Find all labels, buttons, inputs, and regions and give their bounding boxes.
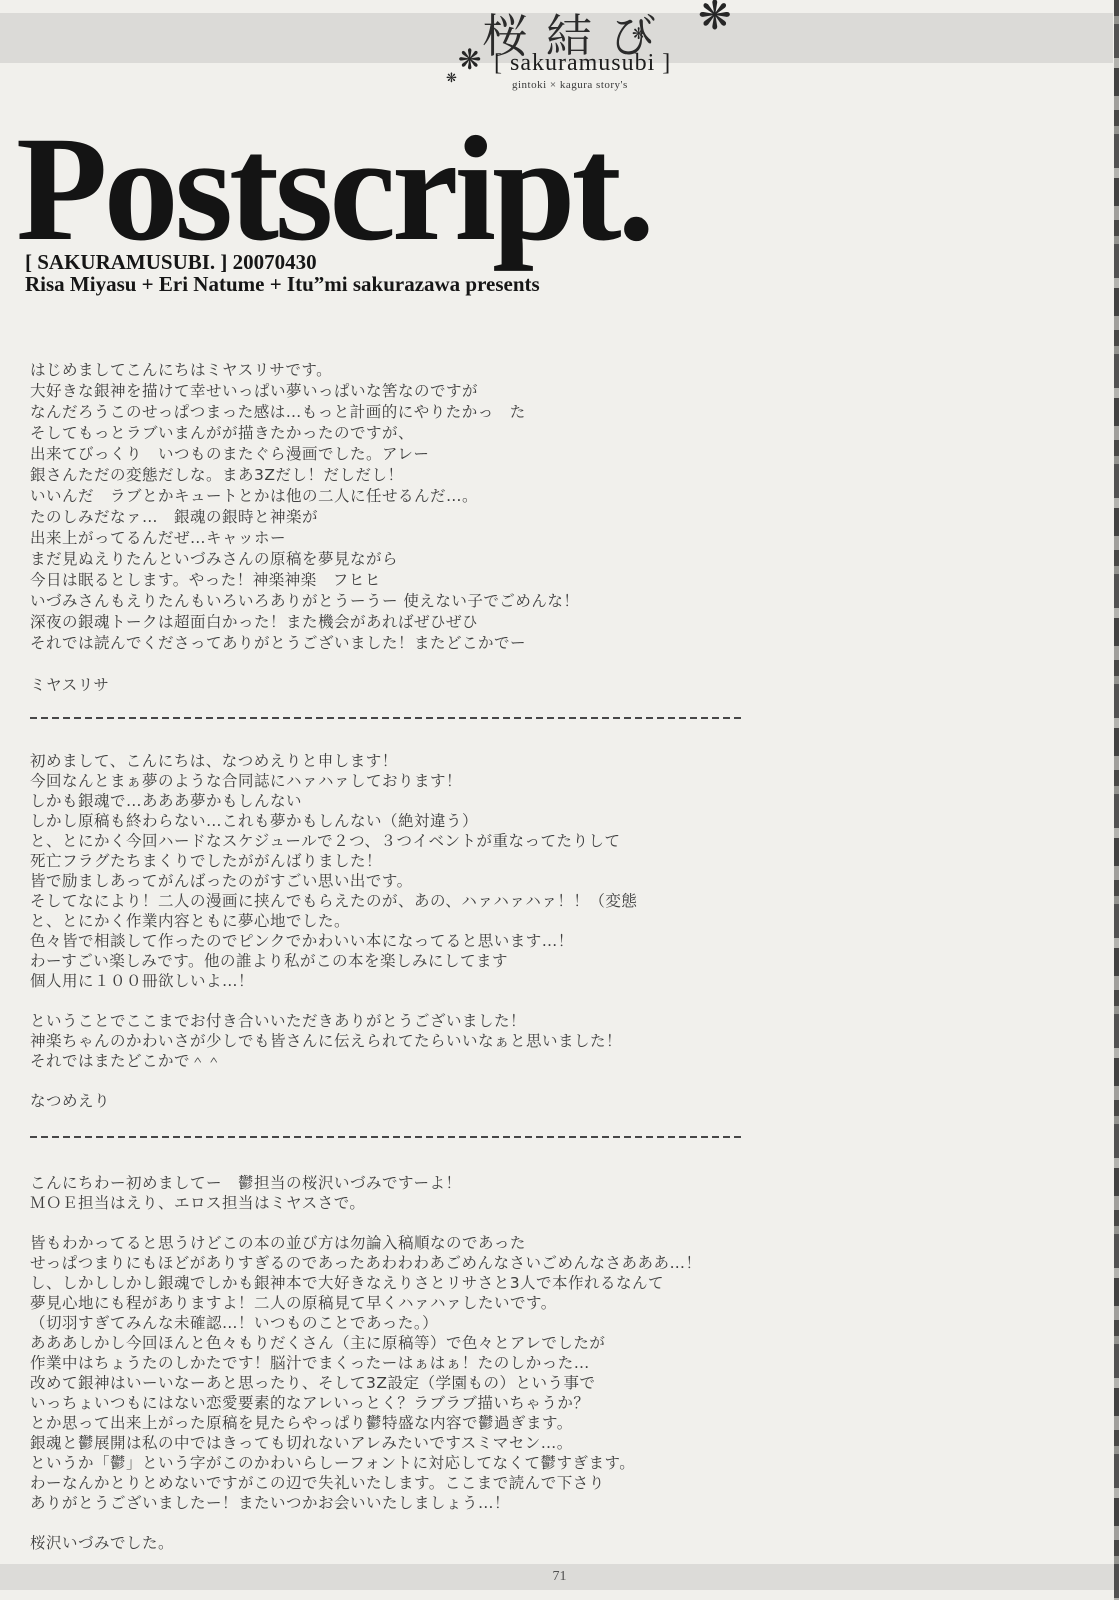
text-line: いいんだ ラブとかキュートとかは他の二人に任せるんだ…。 bbox=[30, 486, 1090, 507]
text-line bbox=[30, 1213, 1090, 1233]
text-line bbox=[30, 991, 1090, 1011]
dashed-separator bbox=[30, 1136, 744, 1138]
text-line: ＭＯＥ担当はえり、エロス担当はミヤスさで。 bbox=[30, 1193, 1090, 1213]
text-line: というか「鬱」という字がこのかわいらしーフォントに対応してなくて鬱すぎます。 bbox=[30, 1453, 1090, 1473]
postscript-page: ❋ ❋ ❋ ❋ 桜結び [ sakuramusubi ] gintoki × k… bbox=[0, 0, 1119, 1600]
text-line bbox=[30, 1513, 1090, 1533]
sakura-flower-icon: ❋ bbox=[446, 72, 457, 85]
title-credit-line2: Risa Miyasu + Eri Natume + Itu”mi sakura… bbox=[25, 272, 540, 297]
text-line: 改めて銀神はいーいなーあと思ったり、そして3Z設定（学園もの）という事で bbox=[30, 1373, 1090, 1393]
text-line: ということでここまでお付き合いいただきありがとうございました！ bbox=[30, 1011, 1090, 1031]
text-line: しかも銀魂で…あああ夢かもしんない bbox=[30, 791, 1090, 811]
text-line: とか思って出来上がった原稿を見たらやっぱり鬱特盛な内容で鬱過ぎます。 bbox=[30, 1413, 1090, 1433]
page-number: 71 bbox=[553, 1564, 567, 1590]
text-line: せっぱつまりにもほどがありすぎるのであったあわわわあごめんなさいごめんなさあああ… bbox=[30, 1253, 1090, 1273]
postscript-section-sakurazawa-izumi: こんにちわー初めましてー 鬱担当の桜沢いづみですーよ！ＭＯＥ担当はえり、エロス担… bbox=[30, 1173, 1090, 1553]
text-line: たのしみだなァ… 銀魂の銀時と神楽が bbox=[30, 507, 1090, 528]
text-line: いづみさんもえりたんもいろいろありがとうーうー 使えない子でごめんな！ bbox=[30, 591, 1090, 612]
logo-subtitle: [ sakuramusubi ] bbox=[494, 50, 671, 77]
footer-band: 71 bbox=[0, 1564, 1119, 1590]
text-line: 桜沢いづみでした。 bbox=[30, 1533, 1090, 1553]
text-line: 色々皆で相談して作ったのでピンクでかわいい本になってると思います…！ bbox=[30, 931, 1090, 951]
sakura-flower-icon: ❋ bbox=[458, 46, 481, 74]
text-line: まだ見ぬえりたんといづみさんの原稿を夢見ながら bbox=[30, 549, 1090, 570]
text-line: 今回なんとまぁ夢のような合同誌にハァハァしております！ bbox=[30, 771, 1090, 791]
text-line: と、とにかく作業内容ともに夢心地でした。 bbox=[30, 911, 1090, 931]
text-line: 銀魂と鬱展開は私の中ではきっても切れないアレみたいですスミマセン…。 bbox=[30, 1433, 1090, 1453]
postscript-section-miyasu-risa: はじめましてこんにちはミヤスリサです。大好きな銀神を描けて幸せいっぱい夢いっぱい… bbox=[30, 360, 1090, 696]
text-line: こんにちわー初めましてー 鬱担当の桜沢いづみですーよ！ bbox=[30, 1173, 1090, 1193]
text-line: そしてもっとラブいまんがが描きたかったのですが、 bbox=[30, 423, 1090, 444]
text-line: と、とにかく今回ハードなスケジュールで２つ、３つイベントが重なってたりして bbox=[30, 831, 1090, 851]
text-line: それでは読んでくださってありがとうございました！またどこかでー bbox=[30, 633, 1090, 654]
text-line: 個人用に１００冊欲しいよ…！ bbox=[30, 971, 1090, 991]
text-line: いっちょいつもにはない恋愛要素的なアレいっとく？ラブラブ描いちゃうか？ bbox=[30, 1393, 1090, 1413]
text-line: 死亡フラグたちまくりでしたががんばりました！ bbox=[30, 851, 1090, 871]
text-line bbox=[30, 654, 1090, 675]
text-line: 夢見心地にも程がありますよ！二人の原稿見て早くハァハァしたいです。 bbox=[30, 1293, 1090, 1313]
text-line: しかし原稿も終わらない…これも夢かもしんない（絶対違う） bbox=[30, 811, 1090, 831]
text-line: わーなんかとりとめないですがこの辺で失礼いたします。ここまで読んで下さり bbox=[30, 1473, 1090, 1493]
text-line: （切羽すぎてみんな未確認…！いつものことであった。） bbox=[30, 1313, 1090, 1333]
text-line: し、しかししかし銀魂でしかも銀神本で大好きなえりさとリサさと3人で本作れるなんて bbox=[30, 1273, 1090, 1293]
text-line: 皆で励ましあってがんばったのがすごい思い出です。 bbox=[30, 871, 1090, 891]
text-line: 神楽ちゃんのかわいさが少しでも皆さんに伝えられてたらいいなぁと思いました！ bbox=[30, 1031, 1090, 1051]
text-line: はじめましてこんにちはミヤスリサです。 bbox=[30, 360, 1090, 381]
text-line: 出来上がってるんだぜ…キャッホー bbox=[30, 528, 1090, 549]
logo-tagline: gintoki × kagura story's bbox=[512, 79, 628, 91]
text-line: あああしかし今回ほんと色々もりだくさん（主に原稿等）で色々とアレでしたが bbox=[30, 1333, 1090, 1353]
text-line: 銀さんただの変態だしな。まあ3Zだし！だしだし！ bbox=[30, 465, 1090, 486]
text-line: 初めまして、こんにちは、なつめえりと申します！ bbox=[30, 751, 1090, 771]
text-line: 今日は眠るとします。やった！神楽神楽 フヒヒ bbox=[30, 570, 1090, 591]
text-line: そしてなにより！二人の漫画に挟んでもらえたのが、あの、ハァハァハァ！！（変態 bbox=[30, 891, 1090, 911]
text-line: それではまたどこかで＾＾ bbox=[30, 1051, 1090, 1071]
text-line: 出来てびっくり いつものまたぐら漫画でした。アレー bbox=[30, 444, 1090, 465]
text-line: わーすごい楽しみです。他の誰より私がこの本を楽しみにしてます bbox=[30, 951, 1090, 971]
text-line bbox=[30, 1071, 1090, 1091]
sakura-flower-icon: ❋ bbox=[698, 0, 732, 36]
text-line: ありがとうございましたー！またいつかお会いいたしましょう…！ bbox=[30, 1493, 1090, 1513]
text-line: なつめえり bbox=[30, 1091, 1090, 1111]
text-line: 深夜の銀魂トークは超面白かった！また機会があればぜひぜひ bbox=[30, 612, 1090, 633]
postscript-section-natume-eri: 初めまして、こんにちは、なつめえりと申します！今回なんとまぁ夢のような合同誌にハ… bbox=[30, 751, 1090, 1111]
scan-edge-artifact bbox=[1114, 0, 1119, 1600]
text-line: ミヤスリサ bbox=[30, 675, 1090, 696]
text-line: 皆もわかってると思うけどこの本の並び方は勿論入稿順なのであった bbox=[30, 1233, 1090, 1253]
text-line: 大好きな銀神を描けて幸せいっぱい夢いっぱいな筈なのですが bbox=[30, 381, 1090, 402]
text-line: なんだろうこのせっぱつまった感は…もっと計画的にやりたかっ た bbox=[30, 402, 1090, 423]
dashed-separator bbox=[30, 717, 744, 719]
text-line: 作業中はちょうたのしかたです！脳汁でまくったーはぁはぁ！たのしかった… bbox=[30, 1353, 1090, 1373]
